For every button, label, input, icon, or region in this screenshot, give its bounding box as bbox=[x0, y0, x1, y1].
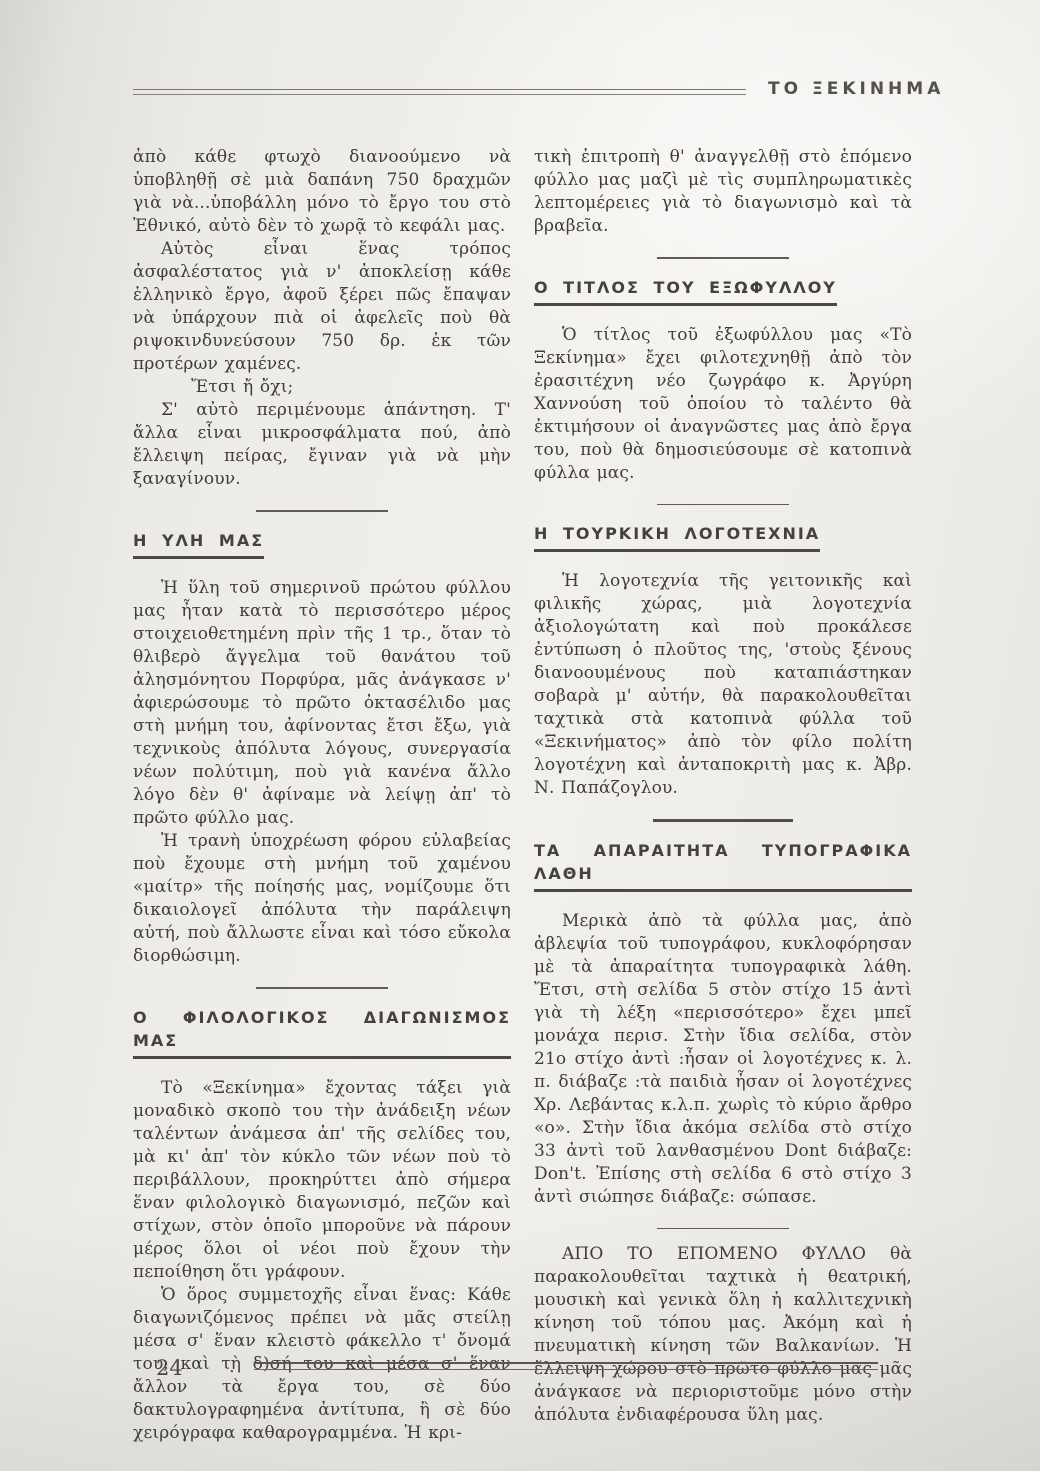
paragraph: Ὁ τίτλος τοῦ ἐξωφύλλου μας «Τὸ Ξεκίνημα»… bbox=[534, 324, 912, 485]
section-divider bbox=[653, 819, 793, 822]
paragraph-question: Ἔτσι ἤ ὄχι; bbox=[133, 376, 511, 399]
paragraph: Σ' αὐτὸ περιμένουμε ἀπάντηση. Τ' ἄλλα εἶ… bbox=[133, 399, 511, 491]
magazine-page-scan: ΤΟ ΞΕΚΙΝΗΜΑ ἀπὸ κάθε φτωχὸ διανοούμενο ν… bbox=[0, 0, 1040, 1471]
magazine-title: ΤΟ ΞΕΚΙΝΗΜΑ bbox=[768, 79, 944, 99]
paragraph: Αὐτὸς εἶναι ἕνας τρόπος ἀσφαλέστατος γιὰ… bbox=[133, 238, 511, 376]
section-heading-yli-mas: Η ΥΛΗ ΜΑΣ bbox=[133, 529, 264, 559]
section-divider bbox=[657, 257, 789, 259]
paragraph-epomeno-fyllo: ΑΠΟ ΤΟ ΕΠΟΜΕΝΟ ΦΥΛΛΟ θὰ παρακολουθεῖται … bbox=[534, 1243, 912, 1427]
section-divider bbox=[256, 510, 388, 512]
section-divider bbox=[657, 504, 789, 505]
section-heading-typografika-lathi: ΤΑ ΑΠΑΡΑΙΤΗΤΑ ΤΥΠΟΓΡΑΦΙΚΑ ΛΑΘΗ bbox=[534, 839, 912, 892]
paragraph-continuation: ἀπὸ κάθε φτωχὸ διανοούμενο νὰ ὑποβληθῇ σ… bbox=[133, 146, 511, 238]
header-double-rule bbox=[133, 89, 746, 95]
paragraph: Ἡ λογοτεχνία τῆς γειτονικῆς καὶ φιλικῆς … bbox=[534, 570, 912, 800]
paragraph: Ἡ ὕλη τοῦ σημερινοῦ πρώτου φύλλου μας ἦτ… bbox=[133, 577, 511, 830]
section-divider bbox=[657, 1228, 789, 1229]
paragraph: Μερικὰ ἀπὸ τὰ φύλλα μας, ἀπὸ ἀβλεψία τοῦ… bbox=[534, 910, 912, 1209]
section-heading-titlos-exofyllou: Ο ΤΙΤΛΟΣ ΤΟΥ ΕΞΩΦΥΛΛΟΥ bbox=[534, 276, 837, 306]
section-divider bbox=[256, 987, 388, 989]
section-heading-tourkiki-logotechnia: Η ΤΟΥΡΚΙΚΗ ΛΟΓΟΤΕΧΝΙΑ bbox=[534, 522, 820, 552]
footer-double-rule bbox=[254, 1362, 878, 1370]
paragraph-continuation: τικὴ ἐπιτροπὴ θ' ἀναγγελθῇ στὸ ἑπόμενο φ… bbox=[534, 146, 912, 238]
paragraph: Ἡ τρανὴ ὑποχρέωση φόρου εὐλαβείας ποὺ ἔχ… bbox=[133, 830, 511, 968]
page-number: 24 bbox=[156, 1356, 183, 1380]
left-column: ἀπὸ κάθε φτωχὸ διανοούμενο νὰ ὑποβληθῇ σ… bbox=[133, 146, 511, 1445]
paragraph: Τὸ «Ξεκίνημα» ἔχοντας τάξει γιὰ μοναδικὸ… bbox=[133, 1077, 511, 1284]
section-heading-filologikos-diagonismos: Ο ΦΙΛΟΛΟΓΙΚΟΣ ΔΙΑΓΩΝΙΣΜΟΣ ΜΑΣ bbox=[133, 1006, 511, 1059]
footer-dot: . bbox=[229, 1356, 235, 1377]
right-column: τικὴ ἐπιτροπὴ θ' ἀναγγελθῇ στὸ ἑπόμενο φ… bbox=[534, 146, 912, 1427]
